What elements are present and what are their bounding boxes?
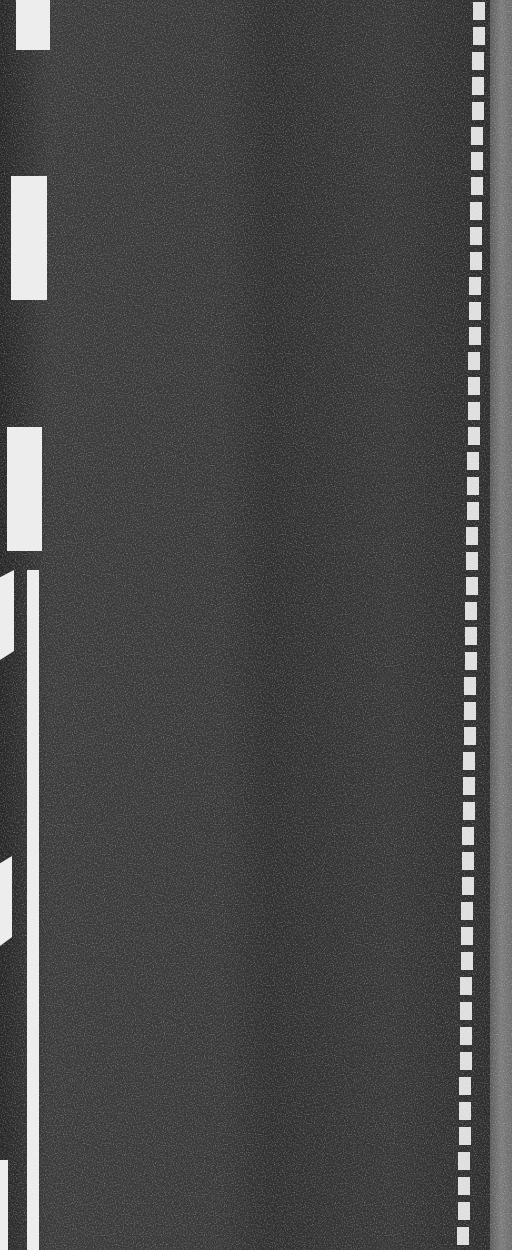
asphalt-texture xyxy=(0,0,512,1250)
road-scene xyxy=(0,0,512,1250)
